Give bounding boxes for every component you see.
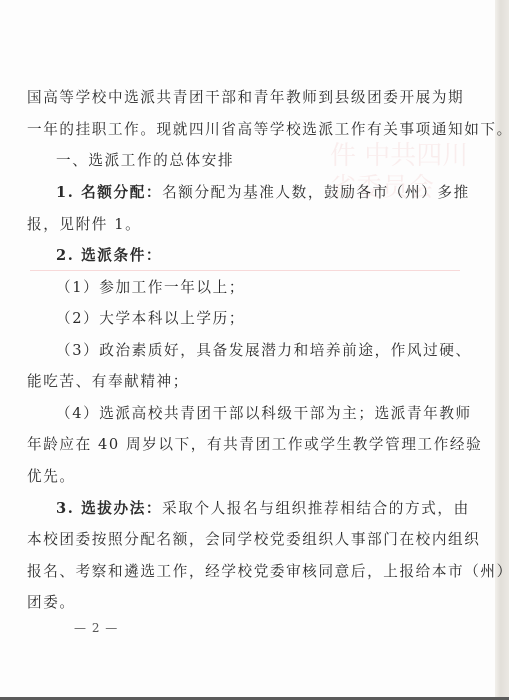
section-heading: 一、选派工作的总体安排 xyxy=(56,151,471,171)
page-number: — 2 — xyxy=(74,621,118,635)
item-text: 采取个人报名与组织推荐相结合的方式，由 xyxy=(162,500,470,517)
paragraph-line: 能吃苦、有奉献精神； xyxy=(27,372,471,392)
item-label: 3. 选拔办法： xyxy=(56,500,162,517)
item-3-line: 3. 选拔办法：采取个人报名与组织推荐相结合的方式，由 xyxy=(56,499,471,519)
item-label: 1. 名额分配： xyxy=(56,184,162,201)
paragraph-line: 年龄应在 40 周岁以下，有共青团工作或学生教学管理工作经验 xyxy=(27,435,471,455)
item-label: 2. 选派条件： xyxy=(56,247,162,264)
condition-4: （4）选派高校共青团干部以科级干部为主；选派青年教师 xyxy=(56,404,471,424)
paragraph-line: 本校团委按照分配名额，会同学校党委组织人事部门在校内组织 xyxy=(27,530,471,550)
condition-1: （1）参加工作一年以上； xyxy=(56,278,471,298)
paragraph-line: 团委。 xyxy=(27,593,471,613)
paragraph-line: 国高等学校中选派共青团干部和青年教师到县级团委开展为期 xyxy=(27,88,471,108)
item-text: 名额分配为基准人数，鼓励各市（州）多推 xyxy=(162,184,470,201)
paragraph-line: 报，见附件 1。 xyxy=(27,215,471,235)
condition-3: （3）政治素质好，具备发展潜力和培养前途，作风过硬、 xyxy=(56,341,471,361)
paragraph-line: 优先。 xyxy=(27,467,471,487)
paragraph-line: 一年的挂职工作。现就四川省高等学校选派工作有关事项通知如下。 xyxy=(27,120,471,140)
paragraph-line: 报名、考察和遴选工作，经学校党委审核同意后，上报给本市（州） xyxy=(27,562,471,582)
item-1-line: 1. 名额分配：名额分配为基准人数，鼓励各市（州）多推 xyxy=(56,183,471,203)
scan-edge-right xyxy=(495,0,509,700)
condition-2: （2）大学本科以上学历； xyxy=(56,309,471,329)
red-rule-bleedthrough xyxy=(30,270,460,271)
item-2-line: 2. 选派条件： xyxy=(56,246,471,266)
